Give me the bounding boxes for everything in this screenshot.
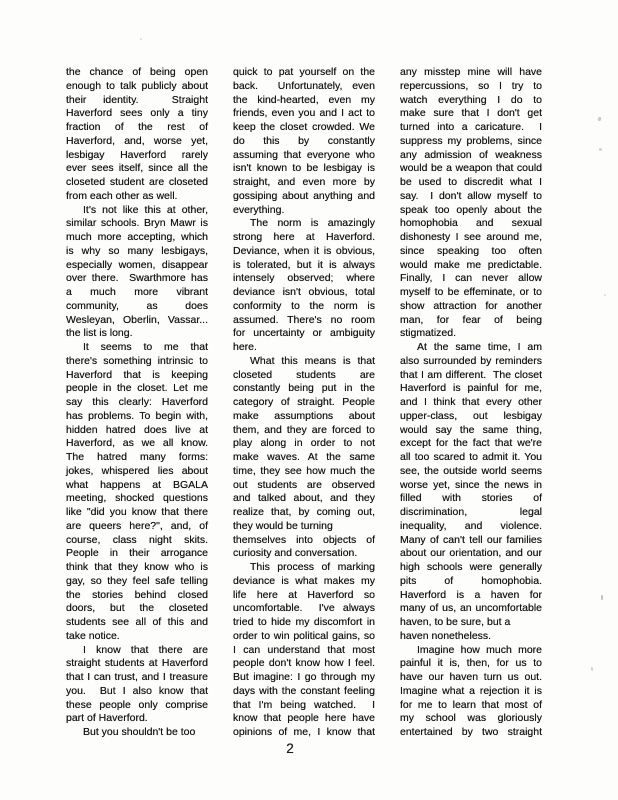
text-line: myself to be effeminate, or to [400,286,542,300]
text-line: What this means is that [233,355,375,369]
text-line: I can understand that most [233,644,375,658]
scan-speck [601,595,603,600]
text-line: all too scared to admit it. You [400,451,542,465]
text-line: Haverford, as we all know. [66,437,208,451]
text-line: Haverford sees only a tiny [66,107,208,121]
text-line: think that they know who is [66,561,208,575]
text-line: upper-class, out lesbigay [400,410,542,424]
text-line: are queers here?", and, of [66,520,208,534]
text-line: jokes, whispered lies about [66,465,208,479]
text-line: have our haven turn us out. [400,671,542,685]
text-line: straight students at Haverford [66,657,208,671]
document-page: the chance of being openenough to talk p… [0,0,618,800]
text-line: watch everything I do to [400,94,542,108]
text-line: be used to discredit what I [400,176,542,190]
scan-speck [597,117,601,122]
text-line: deviance isn't obvious, total [233,286,375,300]
text-line: category of straight. People [233,396,375,410]
text-line: Haverford is painful for me, [400,382,542,396]
text-line: isn't known to be lesbigay is [233,162,375,176]
text-line: strong here at Haverford. [233,231,375,245]
text-line: life here at Haverford so [233,589,375,603]
text-line: Haverford, and, worse yet, [66,135,208,149]
text-line: closeted students are [233,369,375,383]
text-line: similar schools. Bryn Mawr is [66,217,208,231]
text-line: filled with stories of [400,492,542,506]
text-line: turned into a caricature. I [400,121,542,135]
text-line: also surrounded by reminders [400,355,542,369]
text-line: that I can trust, and I treasure [66,671,208,685]
text-line: the list is long. [66,327,208,341]
text-line: uncomfortable. I've always [233,602,375,616]
text-line: their identity. Straight [66,94,208,108]
text-line: assumed. There's no room [233,314,375,328]
text-line: But imagine: I go through my [233,671,375,685]
text-line: repercussions, so I try to [400,80,542,94]
text-line: make sure that I don't get [400,107,542,121]
text-line: meeting, shocked questions [66,492,208,506]
text-line: much more accepting, which [66,231,208,245]
text-line: play along in order to not [233,437,375,451]
text-line: is tolerated, but it is always [233,259,375,273]
text-line: lesbigay Haverford rarely [66,149,208,163]
text-line: entertained by two straight [400,726,542,740]
text-line: is why so many lesbigays, [66,245,208,259]
scan-speck [591,667,594,671]
text-line: haven, to be sure, but a [400,616,542,630]
text-line: The hatred many forms: [66,451,208,465]
text-line: straight, and even more by [233,176,375,190]
text-line: they would be turning [233,520,375,534]
text-line: there's something intrinsic to [66,355,208,369]
text-line: Imagine how much more [400,644,542,658]
text-line: hidden hatred does live at [66,424,208,438]
scan-speck [140,38,142,40]
text-line: the kind-hearted, even my [233,94,375,108]
text-line: a much more vibrant [66,286,208,300]
text-line: students see all of this and [66,616,208,630]
text-line: part of Haverford. [66,712,208,726]
text-line: my school was gloriously [400,712,542,726]
text-line: People in their arrogance [66,547,208,561]
text-line: would make me predictable. [400,259,542,273]
text-line: and talked about, and they [233,492,375,506]
text-line: many of us, an uncomfortable [400,602,542,616]
text-line: know that people here have [233,712,375,726]
text-line: say this clearly: Haverford [66,396,208,410]
text-line: except for the fact that we're [400,437,542,451]
text-line: back. Unfortunately, even [233,80,375,94]
text-line: especially women, disappear [66,259,208,273]
text-line: dishonesty I see around me, [400,231,542,245]
text-line: stigmatized. [400,327,542,341]
text-line: deviance is what makes my [233,575,375,589]
text-line: people don't know how I feel. [233,657,375,671]
text-line: would say the same thing, [400,424,542,438]
text-line: do this by constantly [233,135,375,149]
text-line: everything. [233,204,375,218]
text-line: But you shouldn't be too [66,726,208,740]
text-line: Many of can't tell our families [400,534,542,548]
text-line: since speaking too often [400,245,542,259]
text-line: course, class night skits. [66,534,208,548]
text-line: the chance of being open [66,66,208,80]
text-line: you. But I also know that [66,685,208,699]
text-line: gay, so they feel safe telling [66,575,208,589]
text-line: worse yet, since the news in [400,479,542,493]
text-line: from each other as well. [66,190,208,204]
text-line: and I think that every other [400,396,542,410]
text-line: Wesleyan, Oberlin, Vassar... [66,314,208,328]
text-line: that I'm being watched. I [233,699,375,713]
text-line: any admission of weakness [400,149,542,163]
text-line: themselves into objects of [233,534,375,548]
text-line: pits of homophobia. [400,575,542,589]
text-line: for me to learn that most of [400,699,542,713]
text-line: It seems to me that [66,341,208,355]
text-line: for uncertainty or ambiguity [233,327,375,341]
text-line: here. [233,341,375,355]
text-line: haven nonetheless. [400,630,542,644]
text-line: This process of marking [233,561,375,575]
text-line: painful it is, then, for us to [400,657,542,671]
page-number: 2 [270,741,310,756]
text-line: It's not like this at other, [66,204,208,218]
text-line: about our orientation, and our [400,547,542,561]
text-line: any misstep mine will have [400,66,542,80]
scan-speck [604,294,606,296]
text-line: Haverford that is keeping [66,369,208,383]
text-line: time, they see how much the [233,465,375,479]
text-line: The norm is amazingly [233,217,375,231]
text-column-2: quick to pat yourself on theback. Unfort… [233,66,375,740]
text-column-1: the chance of being openenough to talk p… [66,66,208,740]
text-line: days with the constant feeling [233,685,375,699]
text-line: gossiping about anything and [233,190,375,204]
text-line: discrimination, legal [400,506,542,520]
text-line: ever sees itself, since all the [66,162,208,176]
text-line: homophobia and sexual [400,217,542,231]
text-line: tried to hide my discomfort in [233,616,375,630]
text-line: has problems. To begin with, [66,410,208,424]
text-line: speak too openly about the [400,204,542,218]
text-line: over there. Swarthmore has [66,272,208,286]
text-line: At the same time, I am [400,341,542,355]
text-line: these people only comprise [66,699,208,713]
text-line: say. I don't allow myself to [400,190,542,204]
text-line: enough to talk publicly about [66,80,208,94]
text-line: see, the outside world seems [400,465,542,479]
text-column-3: any misstep mine will haverepercussions,… [400,66,542,740]
scan-speck [599,148,602,151]
text-line: what happens at BGALA [66,479,208,493]
text-line: the stories behind closed [66,589,208,603]
text-line: constantly being put in the [233,382,375,396]
text-line: man, for fear of being [400,314,542,328]
text-line: realize that, by coming out, [233,506,375,520]
text-line: take notice. [66,630,208,644]
text-line: suppress my problems, since [400,135,542,149]
text-line: I know that there are [66,644,208,658]
text-line: closeted student are closeted [66,176,208,190]
text-line: assuming that everyone who [233,149,375,163]
text-line: doors, but the closeted [66,602,208,616]
text-line: that I am different. The closet [400,369,542,383]
text-line: make assumptions about [233,410,375,424]
text-line: community, as does [66,300,208,314]
text-line: quick to pat yourself on the [233,66,375,80]
text-line: high schools were generally [400,561,542,575]
text-line: curiosity and conversation. [233,547,375,561]
text-line: out students are observed [233,479,375,493]
text-line: make waves. At the same [233,451,375,465]
text-line: keep the closet crowded. We [233,121,375,135]
text-line: Finally, I can never allow [400,272,542,286]
text-line: them, and they are forced to [233,424,375,438]
text-line: order to win political gains, so [233,630,375,644]
text-line: conformity to the norm is [233,300,375,314]
text-line: would be a weapon that could [400,162,542,176]
text-line: friends, even you and I act to [233,107,375,121]
text-line: fraction of the rest of [66,121,208,135]
text-line: intensely observed; where [233,272,375,286]
text-line: opinions of me, I know that [233,726,375,740]
text-line: show attraction for another [400,300,542,314]
text-line: people in the closet. Let me [66,382,208,396]
text-line: Deviance, when it is obvious, [233,245,375,259]
text-line: Haverford is a haven for [400,589,542,603]
text-line: Imagine what a rejection it is [400,685,542,699]
text-line: inequality, and violence. [400,520,542,534]
text-line: like "did you know that there [66,506,208,520]
